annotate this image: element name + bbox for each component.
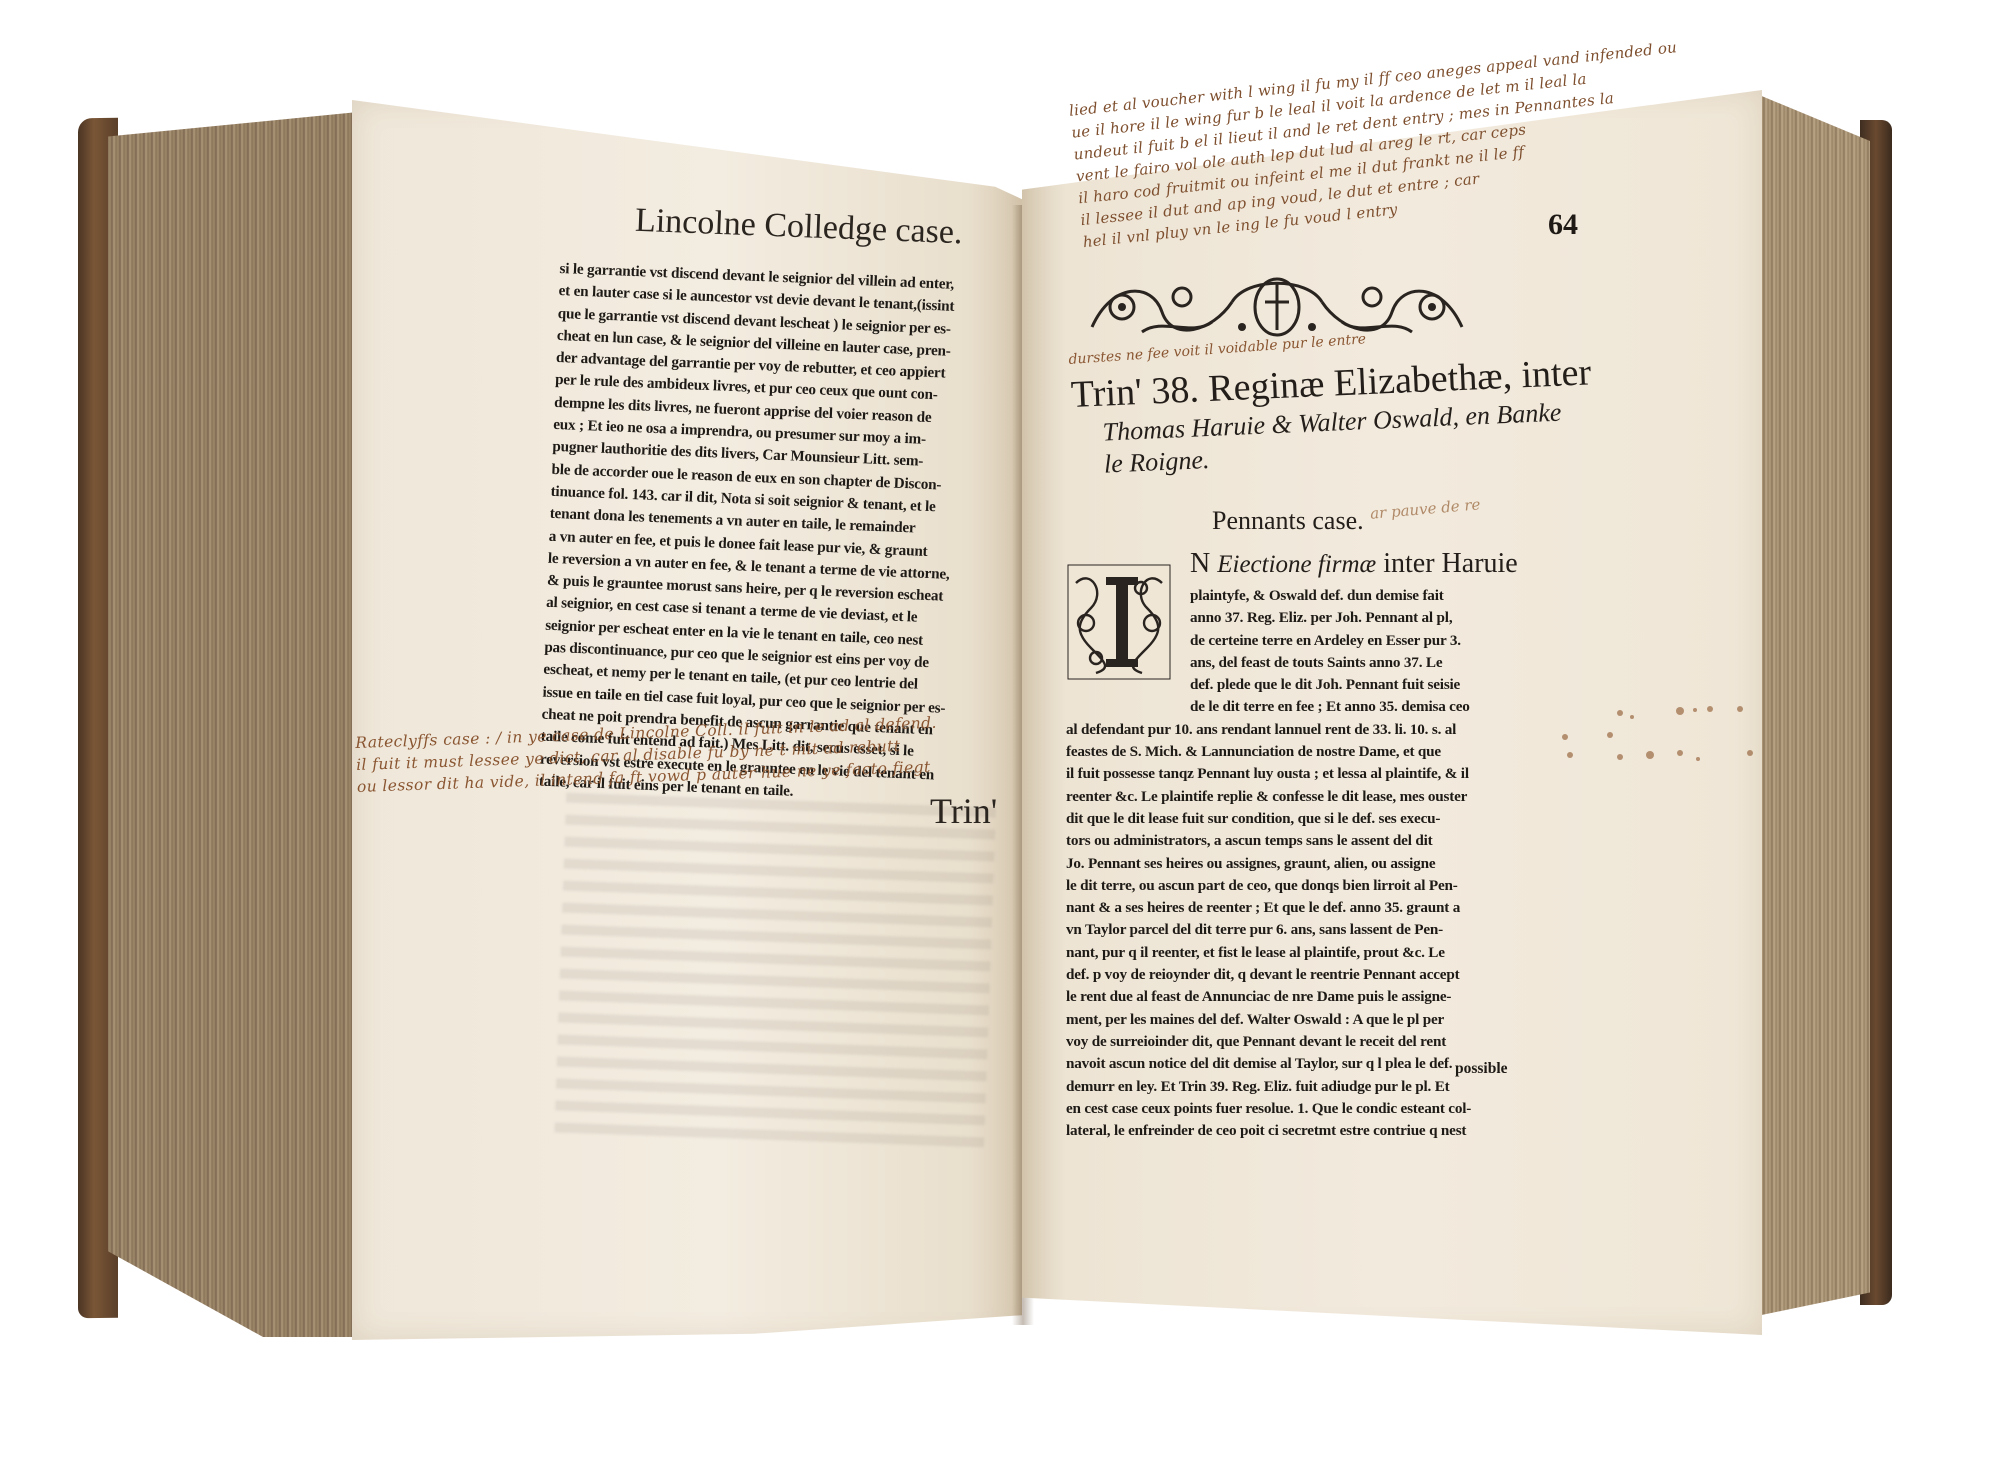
text-line: il fuit possesse tanqz Pennant luy ousta…: [1066, 763, 1512, 785]
text-line: plaintyfe, & Oswald def. dun demise fait: [1066, 585, 1512, 607]
text-line: le rent due al feast de Annunciac de nre…: [1066, 986, 1512, 1008]
text-line: lateral, le enfreinder de ceo poit ci se…: [1066, 1120, 1512, 1142]
ink-offset-stains-icon: [1540, 695, 1770, 775]
text-line: le dit terre, ou ascun part de ceo, que …: [1066, 875, 1512, 897]
opening-italic: Eiectione firmæ: [1217, 551, 1376, 578]
text-line: de certeine terre en Ardeley en Esser pu…: [1066, 630, 1512, 652]
show-through-text: [554, 793, 996, 1158]
text-line: Jo. Pennant ses heires ou assignes, grau…: [1066, 853, 1512, 875]
folio-number: 64: [1548, 208, 1578, 242]
text-line: en cest case ceux points fuer resolue. 1…: [1066, 1098, 1512, 1120]
text-line: reenter &c. Le plaintife replie & confes…: [1066, 786, 1512, 808]
text-line: anno 37. Reg. Eliz. per Joh. Pennant al …: [1066, 607, 1512, 629]
text-line: dit que le dit lease fuit sur condition,…: [1066, 808, 1512, 830]
text-line: nant & a ses heires de reenter ; Et que …: [1066, 897, 1512, 919]
opening-capital: N: [1190, 548, 1210, 579]
opening-tail: inter Haruie: [1383, 548, 1518, 579]
catchword-left: Trin': [930, 790, 997, 832]
text-line: ans, del feast de touts Saints anno 37. …: [1066, 652, 1512, 674]
text-line: vn Taylor parcel del dit terre pur 6. an…: [1066, 919, 1512, 941]
text-line: de le dit terre en fee ; Et anno 35. dem…: [1066, 696, 1512, 718]
text-line: feastes de S. Mich. & Lannunciation de n…: [1066, 741, 1512, 763]
text-line: voy de surreioinder dit, que Pennant dev…: [1066, 1031, 1512, 1053]
text-line: demurr en ley. Et Trin 39. Reg. Eliz. fu…: [1066, 1076, 1512, 1098]
text-line: def. plede que le dit Joh. Pennant fuit …: [1066, 674, 1512, 696]
text-line: tors ou administrators, a ascun temps sa…: [1066, 830, 1512, 852]
fore-edge-left: [108, 112, 358, 1337]
text-line: nant, pur q il reenter, et fist le lease…: [1066, 942, 1512, 964]
case-title: Trin' 38. Reginæ Elizabethæ, inter Thoma…: [1070, 353, 1514, 482]
text-line: def. p voy de reioynder dit, q devant le…: [1066, 964, 1512, 986]
case-name: Pennants case.: [1212, 506, 1364, 536]
catchword-right: possible: [1455, 1060, 1508, 1078]
right-page-body-text: plaintyfe, & Oswald def. dun demise fait…: [1066, 585, 1512, 1142]
text-line: navoit ascun notice del dit demise al Ta…: [1066, 1053, 1512, 1075]
text-line: al defendant pur 10. ans rendant lannuel…: [1066, 719, 1512, 741]
opening-line: N Eiectione firmæ inter Haruie: [1190, 548, 1518, 580]
text-line: ment, per les maines del def. Walter Osw…: [1066, 1009, 1512, 1031]
